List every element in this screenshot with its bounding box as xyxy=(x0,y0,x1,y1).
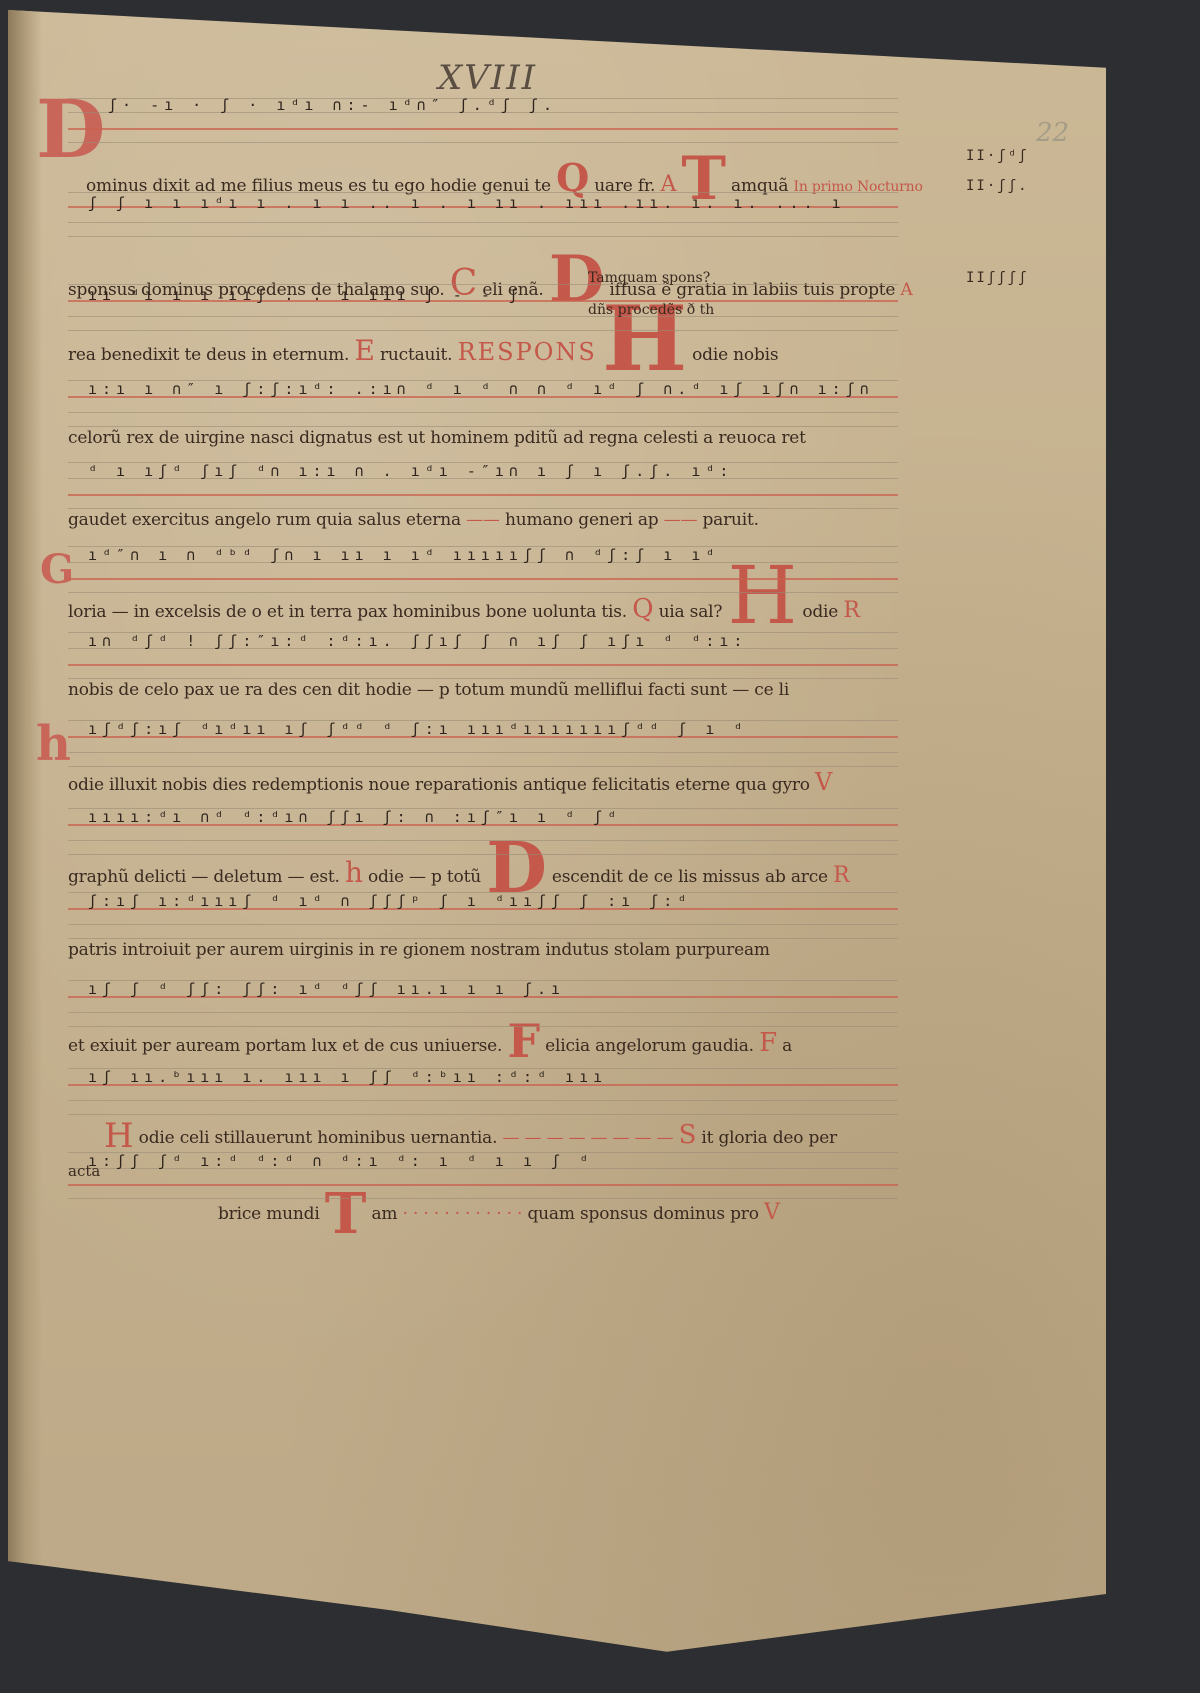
staff: ı:ı ı ∩″ ı ʃ:ʃ:ıᵈ: .:ı∩ ᵈ ı ᵈ ∩ ∩ ᵈ ıᵈ ʃ… xyxy=(68,372,898,432)
staff: ıııı:ᵈı ∩ᵈ ᵈ:ᵈı∩ ʃʃı ʃ: ∩ :ıʃ″ı ı ᵈ ʃᵈ xyxy=(68,800,898,860)
neume-notation: ıʃ ʃ ᵈ ʃʃ: ʃʃ: ıᵈ ᵈʃʃ ıı.ı ı ı ʃ.ı xyxy=(88,980,898,998)
staff: ıᵈ″∩ ı ∩ ᵈᵇᵈ ʃ∩ ı ıı ı ıᵈ ıııııʃʃ ∩ ᵈʃ:ʃ… xyxy=(68,538,898,598)
red-initial-Q: Q xyxy=(632,594,653,624)
staff: ʃ· ‑ı · ʃ · ıᵈı ∩:‑ ıᵈ∩″ ʃ.ᵈʃ ʃ. xyxy=(68,88,898,148)
neume-notation: ᵈ ı ıʃᵈ ʃıʃ ᵈ∩ ı:ı ∩ . ıᵈı ‑″ı∩ ı ʃ ı ʃ.… xyxy=(88,462,898,480)
staff: ı:ʃʃ ʃᵈ ı:ᵈ ᵈ:ᵈ ∩ ᵈ:ı ᵈ: ı ᵈ ı ı ʃ ᵈ act… xyxy=(68,1144,898,1204)
chant-system: ʃ:ıʃ ı:ᵈıııʃ ᵈ ıᵈ ∩ ʃʃʃᵖ ʃ ı ᵈııʃʃ ʃ :ı … xyxy=(68,884,898,960)
lyric-text: acta xyxy=(68,1162,100,1180)
staff: ıı ᵈı ı ı ııʃ . . ı ııı ʃ ‑ ‑ ʃ Tamquam … xyxy=(68,278,898,338)
rubric-R: R xyxy=(843,598,859,623)
staff: ıʃᵈʃ:ıʃ ᵈıᵈıı ıʃ ʃᵈᵈ ᵈ ʃ:ı ıııᵈıııııııʃᵈ… xyxy=(68,712,898,772)
rubric-V: V xyxy=(815,768,832,796)
lyric-text: odie illuxit nobis dies redemptionis nou… xyxy=(68,775,810,795)
lyric-text: dñs procedẽs ð th xyxy=(588,302,714,318)
margin-neume-note: IIʃʃʃʃ xyxy=(966,270,1029,286)
chant-text: et exiuit per auream portam lux et de cu… xyxy=(68,1028,898,1058)
lyric-text: uia sal? xyxy=(659,602,723,622)
folio-bottom-number: 22 xyxy=(1004,1660,1024,1679)
lyric-text: ructauit. xyxy=(380,345,452,365)
binding-gutter xyxy=(8,10,42,1610)
chant-system: ıı ᵈı ı ı ııʃ . . ı ııı ʃ ‑ ‑ ʃ Tamquam … xyxy=(68,278,898,367)
lyric-text: elicia angelorum gaudia. xyxy=(545,1036,754,1056)
staff: ı∩ ᵈʃᵈ ! ʃʃ:″ı:ᵈ :ᵈ:ı. ʃʃıʃ ʃ ∩ ıʃ ʃ ıʃı… xyxy=(68,624,898,684)
neume-notation: ıʃ ıı.ᵇııı ı. ııı ı ʃʃ ᵈ:ᵇıı :ᵈ:ᵈ ııı xyxy=(88,1068,898,1086)
neume-notation: ıııı:ᵈı ∩ᵈ ᵈ:ᵈı∩ ʃʃı ʃ: ∩ :ıʃ″ı ı ᵈ ʃᵈ xyxy=(88,808,898,826)
lyric-text: et exiuit per auream portam lux et de cu… xyxy=(68,1036,502,1056)
red-initial-E: E xyxy=(354,334,374,367)
staff: ıʃ ıı.ᵇııı ı. ııı ı ʃʃ ᵈ:ᵇıı :ᵈ:ᵈ ııı xyxy=(68,1060,898,1120)
chant-system: ıʃᵈʃ:ıʃ ᵈıᵈıı ıʃ ʃᵈᵈ ᵈ ʃ:ı ıııᵈıııııııʃᵈ… xyxy=(68,712,898,796)
rubric-A: A xyxy=(900,280,912,300)
neume-notation: ıᵈ″∩ ı ∩ ᵈᵇᵈ ʃ∩ ı ıı ı ıᵈ ıııııʃʃ ∩ ᵈʃ:ʃ… xyxy=(88,546,898,564)
neume-notation: ʃ:ıʃ ı:ᵈıııʃ ᵈ ıᵈ ∩ ʃʃʃᵖ ʃ ı ᵈııʃʃ ʃ :ı … xyxy=(88,892,898,910)
lyric-text: odie xyxy=(802,602,838,622)
chant-text: odie illuxit nobis dies redemptionis nou… xyxy=(68,768,898,796)
staff: ᵈ ı ıʃᵈ ʃıʃ ᵈ∩ ı:ı ∩ . ıᵈı ‑″ı∩ ı ʃ ı ʃ.… xyxy=(68,454,898,514)
staff: ʃ ʃ ı ı ıᵈı ı . ı ı .. ı . ı ıı . ııı .ı… xyxy=(68,186,898,246)
folio-pencil-number: 22 xyxy=(1036,118,1069,148)
chant-system: ıʃ ʃ ᵈ ʃʃ: ʃʃ: ıᵈ ᵈʃʃ ıı.ı ı ı ʃ.ı et ex… xyxy=(68,972,898,1058)
chant-system: ᵈ ı ıʃᵈ ʃıʃ ᵈ∩ ı:ı ∩ . ıᵈı ‑″ı∩ ı ʃ ı ʃ.… xyxy=(68,454,898,530)
lyric-text: Tamquam spons? xyxy=(588,270,710,286)
lyric-text: rea benedixit te deus in eternum. xyxy=(68,345,349,365)
manuscript-page: XVIII 22 22 II·ʃᵈʃ II·ʃʃ. IIʃʃʃʃ D ʃ· ‑ı… xyxy=(8,10,1106,1660)
lyric-text: a xyxy=(782,1036,792,1056)
chant-system: ı∩ ᵈʃᵈ ! ʃʃ:″ı:ᵈ :ᵈ:ı. ʃʃıʃ ʃ ∩ ıʃ ʃ ıʃı… xyxy=(68,624,898,700)
chant-system: ıᵈ″∩ ı ∩ ᵈᵇᵈ ʃ∩ ı ıı ı ıᵈ ıııııʃʃ ∩ ᵈʃ:ʃ… xyxy=(68,538,898,624)
neume-notation: ı:ʃʃ ʃᵈ ı:ᵈ ᵈ:ᵈ ∩ ᵈ:ı ᵈ: ı ᵈ ı ı ʃ ᵈ xyxy=(88,1152,898,1170)
staff: ıʃ ʃ ᵈ ʃʃ: ʃʃ: ıᵈ ᵈʃʃ ıı.ı ı ı ʃ.ı xyxy=(68,972,898,1032)
red-initial-F: F xyxy=(759,1028,777,1058)
lyric-text: loria — in excelsis de o et in terra pax… xyxy=(68,602,627,622)
neume-notation: ʃ· ‑ı · ʃ · ıᵈı ∩:‑ ıᵈ∩″ ʃ.ᵈʃ ʃ. xyxy=(108,96,898,114)
lyric-text: odie nobis xyxy=(692,345,778,365)
neume-notation: ı:ı ı ∩″ ı ʃ:ʃ:ıᵈ: .:ı∩ ᵈ ı ᵈ ∩ ∩ ᵈ ıᵈ ʃ… xyxy=(88,380,898,398)
lyric-text: quam sponsus dominus pro xyxy=(528,1204,759,1224)
chant-system: ıııı:ᵈı ∩ᵈ ᵈ:ᵈı∩ ʃʃı ʃ: ∩ :ıʃ″ı ı ᵈ ʃᵈ g… xyxy=(68,800,898,889)
lyric-text: brice mundi xyxy=(218,1204,320,1224)
staff: ʃ:ıʃ ı:ᵈıııʃ ᵈ ıᵈ ∩ ʃʃʃᵖ ʃ ı ᵈııʃʃ ʃ :ı … xyxy=(68,884,898,944)
neume-notation: ʃ ʃ ı ı ıᵈı ı . ı ı .. ı . ı ıı . ııı .ı… xyxy=(88,194,898,212)
chant-text: rea benedixit te deus in eternum. E ruct… xyxy=(68,334,898,367)
neume-notation: ıʃᵈʃ:ıʃ ᵈıᵈıı ıʃ ʃᵈᵈ ᵈ ʃ:ı ıııᵈıııııııʃᵈ… xyxy=(88,720,898,738)
chant-system: ı:ı ı ∩″ ı ʃ:ʃ:ıᵈ: .:ı∩ ᵈ ı ᵈ ∩ ∩ ᵈ ıᵈ ʃ… xyxy=(68,372,898,448)
chant-system: ı:ʃʃ ʃᵈ ı:ᵈ ᵈ:ᵈ ∩ ᵈ:ı ᵈ: ı ᵈ ı ı ʃ ᵈ act… xyxy=(68,1144,898,1225)
neume-notation: ıı ᵈı ı ı ııʃ . . ı ııı ʃ ‑ ‑ ʃ xyxy=(88,286,898,304)
red-initial-h: h xyxy=(36,716,71,772)
rubric-respons: RESPONS xyxy=(458,338,597,366)
neume-notation: ı∩ ᵈʃᵈ ! ʃʃ:″ı:ᵈ :ᵈ:ı. ʃʃıʃ ʃ ∩ ıʃ ʃ ıʃı… xyxy=(88,632,898,650)
chant-text: loria — in excelsis de o et in terra pax… xyxy=(68,594,898,624)
margin-neume-note: II·ʃʃ. xyxy=(966,178,1029,194)
chant-system: ıʃ ıı.ᵇııı ı. ııı ı ʃʃ ᵈ:ᵇıı :ᵈ:ᵈ ııı H … xyxy=(68,1060,898,1156)
margin-neume-note: II·ʃᵈʃ xyxy=(966,148,1029,164)
lyric-text: am xyxy=(372,1204,398,1224)
